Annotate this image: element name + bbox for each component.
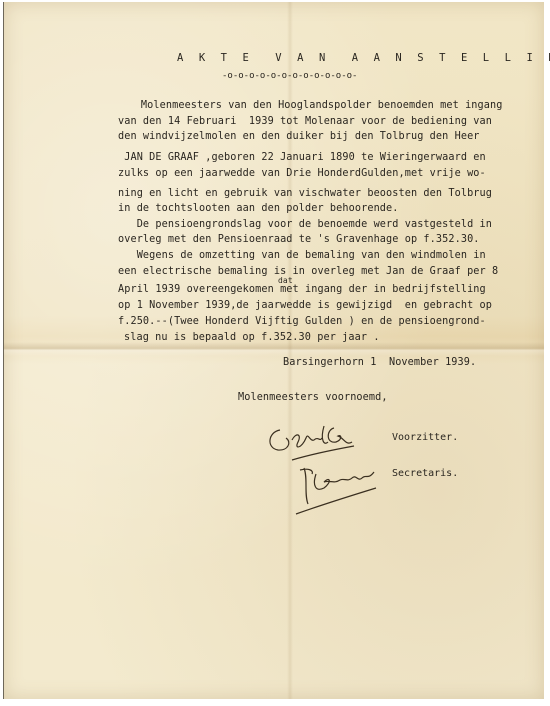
body-line: in de tochtslooten aan den polder behoor…: [118, 203, 399, 214]
body-line: zulks op een jaarwedde van Drie HonderdG…: [118, 168, 486, 179]
body-line: April 1939 overeengekomen met ingang der…: [118, 284, 486, 295]
document-page: A K T E V A N A A N S T E L L I N G . -o…: [3, 2, 544, 699]
body-line: een electrische bemaling is in overleg m…: [118, 266, 498, 277]
signature-secretaris: [294, 460, 384, 520]
place-date: Barsingerhorn 1 November 1939.: [283, 357, 476, 368]
body-line: overleg met den Pensioenraad te 's Grave…: [118, 234, 480, 245]
title-divider: -o-o-o-o-o-o-o-o-o-o-o-o-: [222, 71, 357, 81]
body-line: den windvijzelmolen en den duiker bij de…: [118, 131, 480, 142]
paper-fold-horizontal: [4, 342, 544, 356]
body-line: van den 14 Februari 1939 tot Molenaar vo…: [118, 116, 492, 127]
body-line: Molenmeesters van den Hooglandspolder be…: [116, 100, 502, 111]
body-line: Wegens de omzetting van de bemaling van …: [118, 250, 486, 261]
body-line: ning en licht en gebruik van vischwater …: [118, 188, 492, 199]
body-line: JAN DE GRAAF ,geboren 22 Januari 1890 te…: [118, 152, 486, 163]
body-line: slag nu is bepaald op f.352.30 per jaar …: [124, 332, 380, 343]
body-line: op 1 November 1939,de jaarwedde is gewij…: [118, 300, 492, 311]
document-title: A K T E V A N A A N S T E L L I N G .: [177, 52, 550, 64]
body-line: f.250.--(Twee Honderd Vijftig Gulden ) e…: [118, 316, 486, 327]
role-voorzitter: Voorzitter.: [392, 432, 458, 443]
role-secretaris: Secretaris.: [392, 468, 458, 479]
closing-line: Molenmeesters voornoemd,: [238, 392, 388, 403]
body-line: De pensioengrondslag voor de benoemde we…: [118, 219, 492, 230]
